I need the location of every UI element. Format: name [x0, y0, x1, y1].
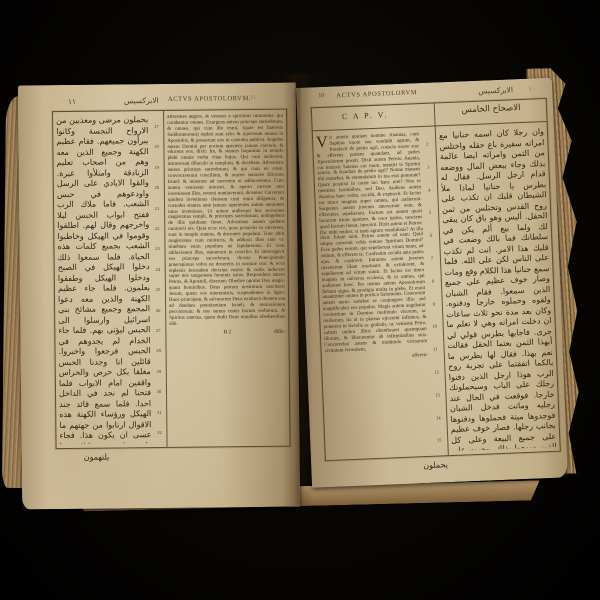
drop-cap: V: [316, 136, 330, 150]
left-text-block-frame: يحملون مرضى ومعذبين من الارواح النجسة وك…: [52, 109, 291, 449]
signature-mark: B 2: [224, 329, 232, 335]
left-latin-text: afferentes aegros, & vexatos a spiritibu…: [167, 114, 285, 327]
right-page-number-arabic: ١٠: [528, 84, 536, 93]
right-running-title-arabic: الابركسيس: [478, 85, 513, 95]
photo-background: ١١ الابركسيس ACTVS APOSTOLORVM. 11 يحملو…: [0, 0, 600, 600]
left-page-number-arabic: ١١: [68, 97, 76, 106]
right-latin-text: ir autem quidam nomine Ananias, cum Saph…: [317, 132, 428, 354]
right-latin-column: V ir autem quidam nomine Ananias, cum Sa…: [316, 132, 432, 456]
right-arabic-column: وان رجلا كان اسمه حنانيا مع امراته سفيرة…: [439, 127, 557, 451]
left-arabic-column: يحملون مرضى ومعذبين من الارواح النجسة وك…: [56, 115, 151, 444]
left-page-number-latin: 11: [250, 95, 256, 101]
left-running-title-arabic: الابركسيس: [124, 96, 159, 105]
right-page-number-latin: 10: [318, 93, 324, 99]
left-running-title-latin: ACTVS APOSTOLORVM.: [168, 95, 251, 103]
left-latin-catchword: diſſe-: [274, 329, 285, 335]
left-latin-column: afferentes aegros, & vexatos a spiritibu…: [167, 114, 286, 443]
chapter-heading-latin: C A P. V.: [312, 109, 418, 122]
right-latin-catchword: afferen-: [325, 352, 428, 362]
open-book: ١١ الابركسيس ACTVS APOSTOLORVM. 11 يحملو…: [0, 0, 600, 600]
left-page: ١١ الابركسيس ACTVS APOSTOLORVM. 11 يحملو…: [18, 83, 300, 510]
left-arabic-catchword: يلتهمون: [84, 453, 110, 462]
left-running-header: ١١ الابركسيس ACTVS APOSTOLORVM. 11: [18, 95, 296, 110]
right-running-title-latin: ACTVS APOSTOLORVM: [336, 89, 417, 99]
right-arabic-catchword: يحملون: [423, 460, 448, 470]
chapter-heading-arabic: الاصحاح الخامس: [436, 102, 546, 116]
right-page: 10 ACTVS APOSTOLORVM الابركسيس ١٠ C A P.…: [296, 78, 568, 488]
right-text-block-frame: C A P. V. الاصحاح الخامس V ir autem quid…: [311, 98, 561, 461]
left-signature-line: B 2 diſſe-: [169, 329, 285, 336]
